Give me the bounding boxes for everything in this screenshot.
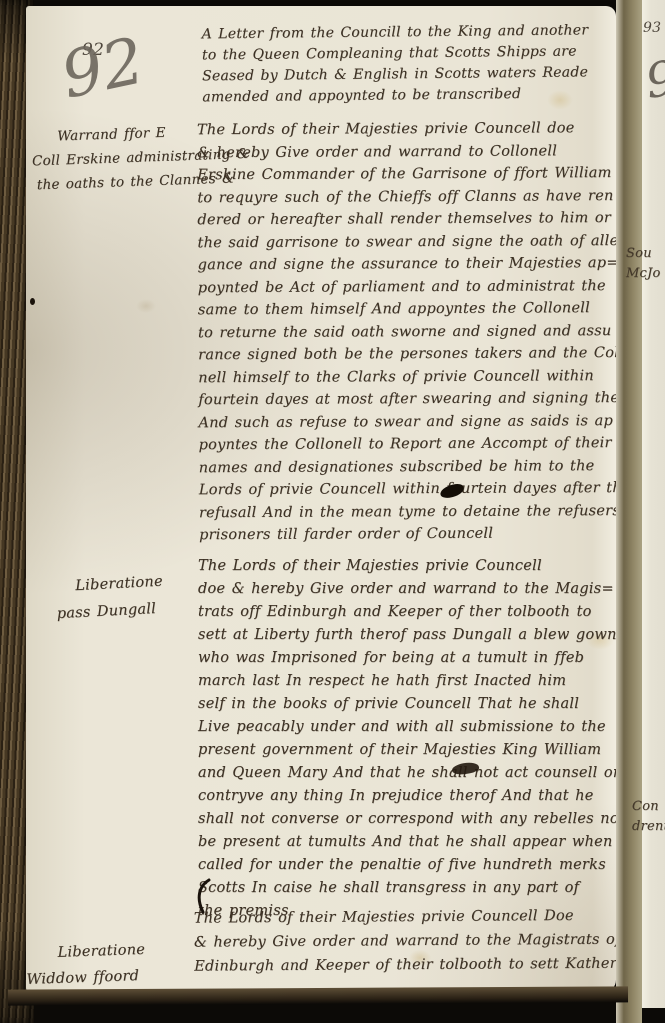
manuscript-line: The Lords of their Majesties privie Coun… [198,555,658,578]
adjacent-text-fragment-upper: SouMcJo [626,244,661,284]
manuscript-line: and Queen Mary And that he shall not act… [198,762,658,785]
manuscript-line: nell himself to the Clarks of privie Cou… [198,364,658,389]
manuscript-line: self in the books of privie Councell Tha… [198,693,658,716]
manuscript-line: The Lords of their Majesties privie Coun… [197,117,657,142]
manuscript-line: dered or hereafter shall render themselv… [197,207,657,232]
manuscript-line: McJo [626,264,661,284]
margin-note-liberatione-pass-dungall: Liberationepass Dungall [55,566,218,628]
manuscript-line: & hereby Give order and warrand to the M… [194,927,654,954]
adjacent-folio-number: 93 [643,20,661,36]
manuscript-line: Erskine Commander of the Garrisone of ff… [197,162,657,187]
manuscript-line: trats off Edinburgh and Keeper of ther t… [198,601,658,624]
manuscript-line: rance signed both be the persones takers… [198,342,658,367]
manuscript-line: fourtein dayes at most after swearing an… [198,387,658,412]
book-bottom-edge [8,986,628,1005]
folio-number-large-pencil: 92 [55,24,151,113]
entry-body-warrand-coll-erskine: The Lords of their Majesties privie Coun… [197,117,659,547]
page-gutter [616,0,642,1023]
manuscript-line: sett at Liberty furth therof pass Dungal… [198,624,658,647]
manuscript-line: march last In respect he hath first Inac… [198,670,658,693]
ink-speck [30,298,35,305]
manuscript-line: & hereby Give order and warrand to Collo… [197,139,657,164]
manuscript-line: called for under the penaltie of five hu… [198,854,658,877]
manuscript-line: Scotts In caise he shall transgress in a… [198,877,658,900]
manuscript-line: present government of their Majesties Ki… [198,739,658,762]
manuscript-line: same to them himself And appoyntes the C… [198,297,658,322]
manuscript-line: Lords of privie Councell within fourtein… [199,477,659,502]
manuscript-line: Con [632,797,665,817]
adjacent-folio-number-large-pencil: 9 [642,50,665,110]
manuscript-line: poynted be Act of parliament and to admi… [198,274,658,299]
margin-note-liberatione-widdow-ffoord: LiberationeWiddow ffoord [25,935,197,993]
manuscript-line: Sou [626,244,661,264]
manuscript-line: names and designationes subscribed be hi… [199,454,659,479]
manuscript-line: The Lords of their Majesties privie Coun… [194,903,654,930]
header-entry-letter-note: A Letter from the Councill to the King a… [202,20,655,109]
manuscript-line: gance and signe the assurance to their M… [198,252,658,277]
manuscript-line: drent [632,817,665,837]
manuscript-line: And such as refuse to swear and signe as… [198,409,658,434]
pen-flourish [194,878,214,918]
manuscript-line: poyntes the Collonell to Report ane Acco… [199,432,659,457]
manuscript-line: doe & hereby Give order and warrand to t… [198,578,658,601]
manuscript-line: prisoners till farder order of Councell [199,522,659,547]
book-photo: 92 92 A Letter from the Councill to the … [0,0,665,1023]
manuscript-line: refusall And in the mean tyme to detaine… [199,499,659,524]
manuscript-line: the said garrisone to swear and signe th… [197,229,657,254]
entry-body-liberatione-pass-dungall: The Lords of their Majesties privie Coun… [198,555,658,923]
manuscript-line: Edinburgh and Keeper of their tolbooth t… [194,951,654,978]
manuscript-line: to requyre such of the Chieffs off Clann… [197,184,657,209]
adjacent-text-fragment-lower: Condrent [632,797,665,837]
manuscript-line: to returne the said oath sworne and sign… [198,319,658,344]
manuscript-line: who was Imprisoned for being at a tumult… [198,647,658,670]
manuscript-line: amended and appoynted to be transcribed [202,83,654,109]
manuscript-page-92: 92 92 A Letter from the Councill to the … [26,6,616,992]
entry-body-liberatione-widdow-ffoord: The Lords of their Majesties privie Coun… [194,903,654,978]
manuscript-line: be present at tumults And that he shall … [198,831,658,854]
manuscript-line: contryve any thing In prejudice therof A… [198,785,658,808]
manuscript-line: Live peacably under and with all submiss… [198,716,658,739]
manuscript-line: shall not converse or correspond with an… [198,808,658,831]
manuscript-page-93-edge: 93 9 SouMcJo Condrent [642,0,665,1008]
